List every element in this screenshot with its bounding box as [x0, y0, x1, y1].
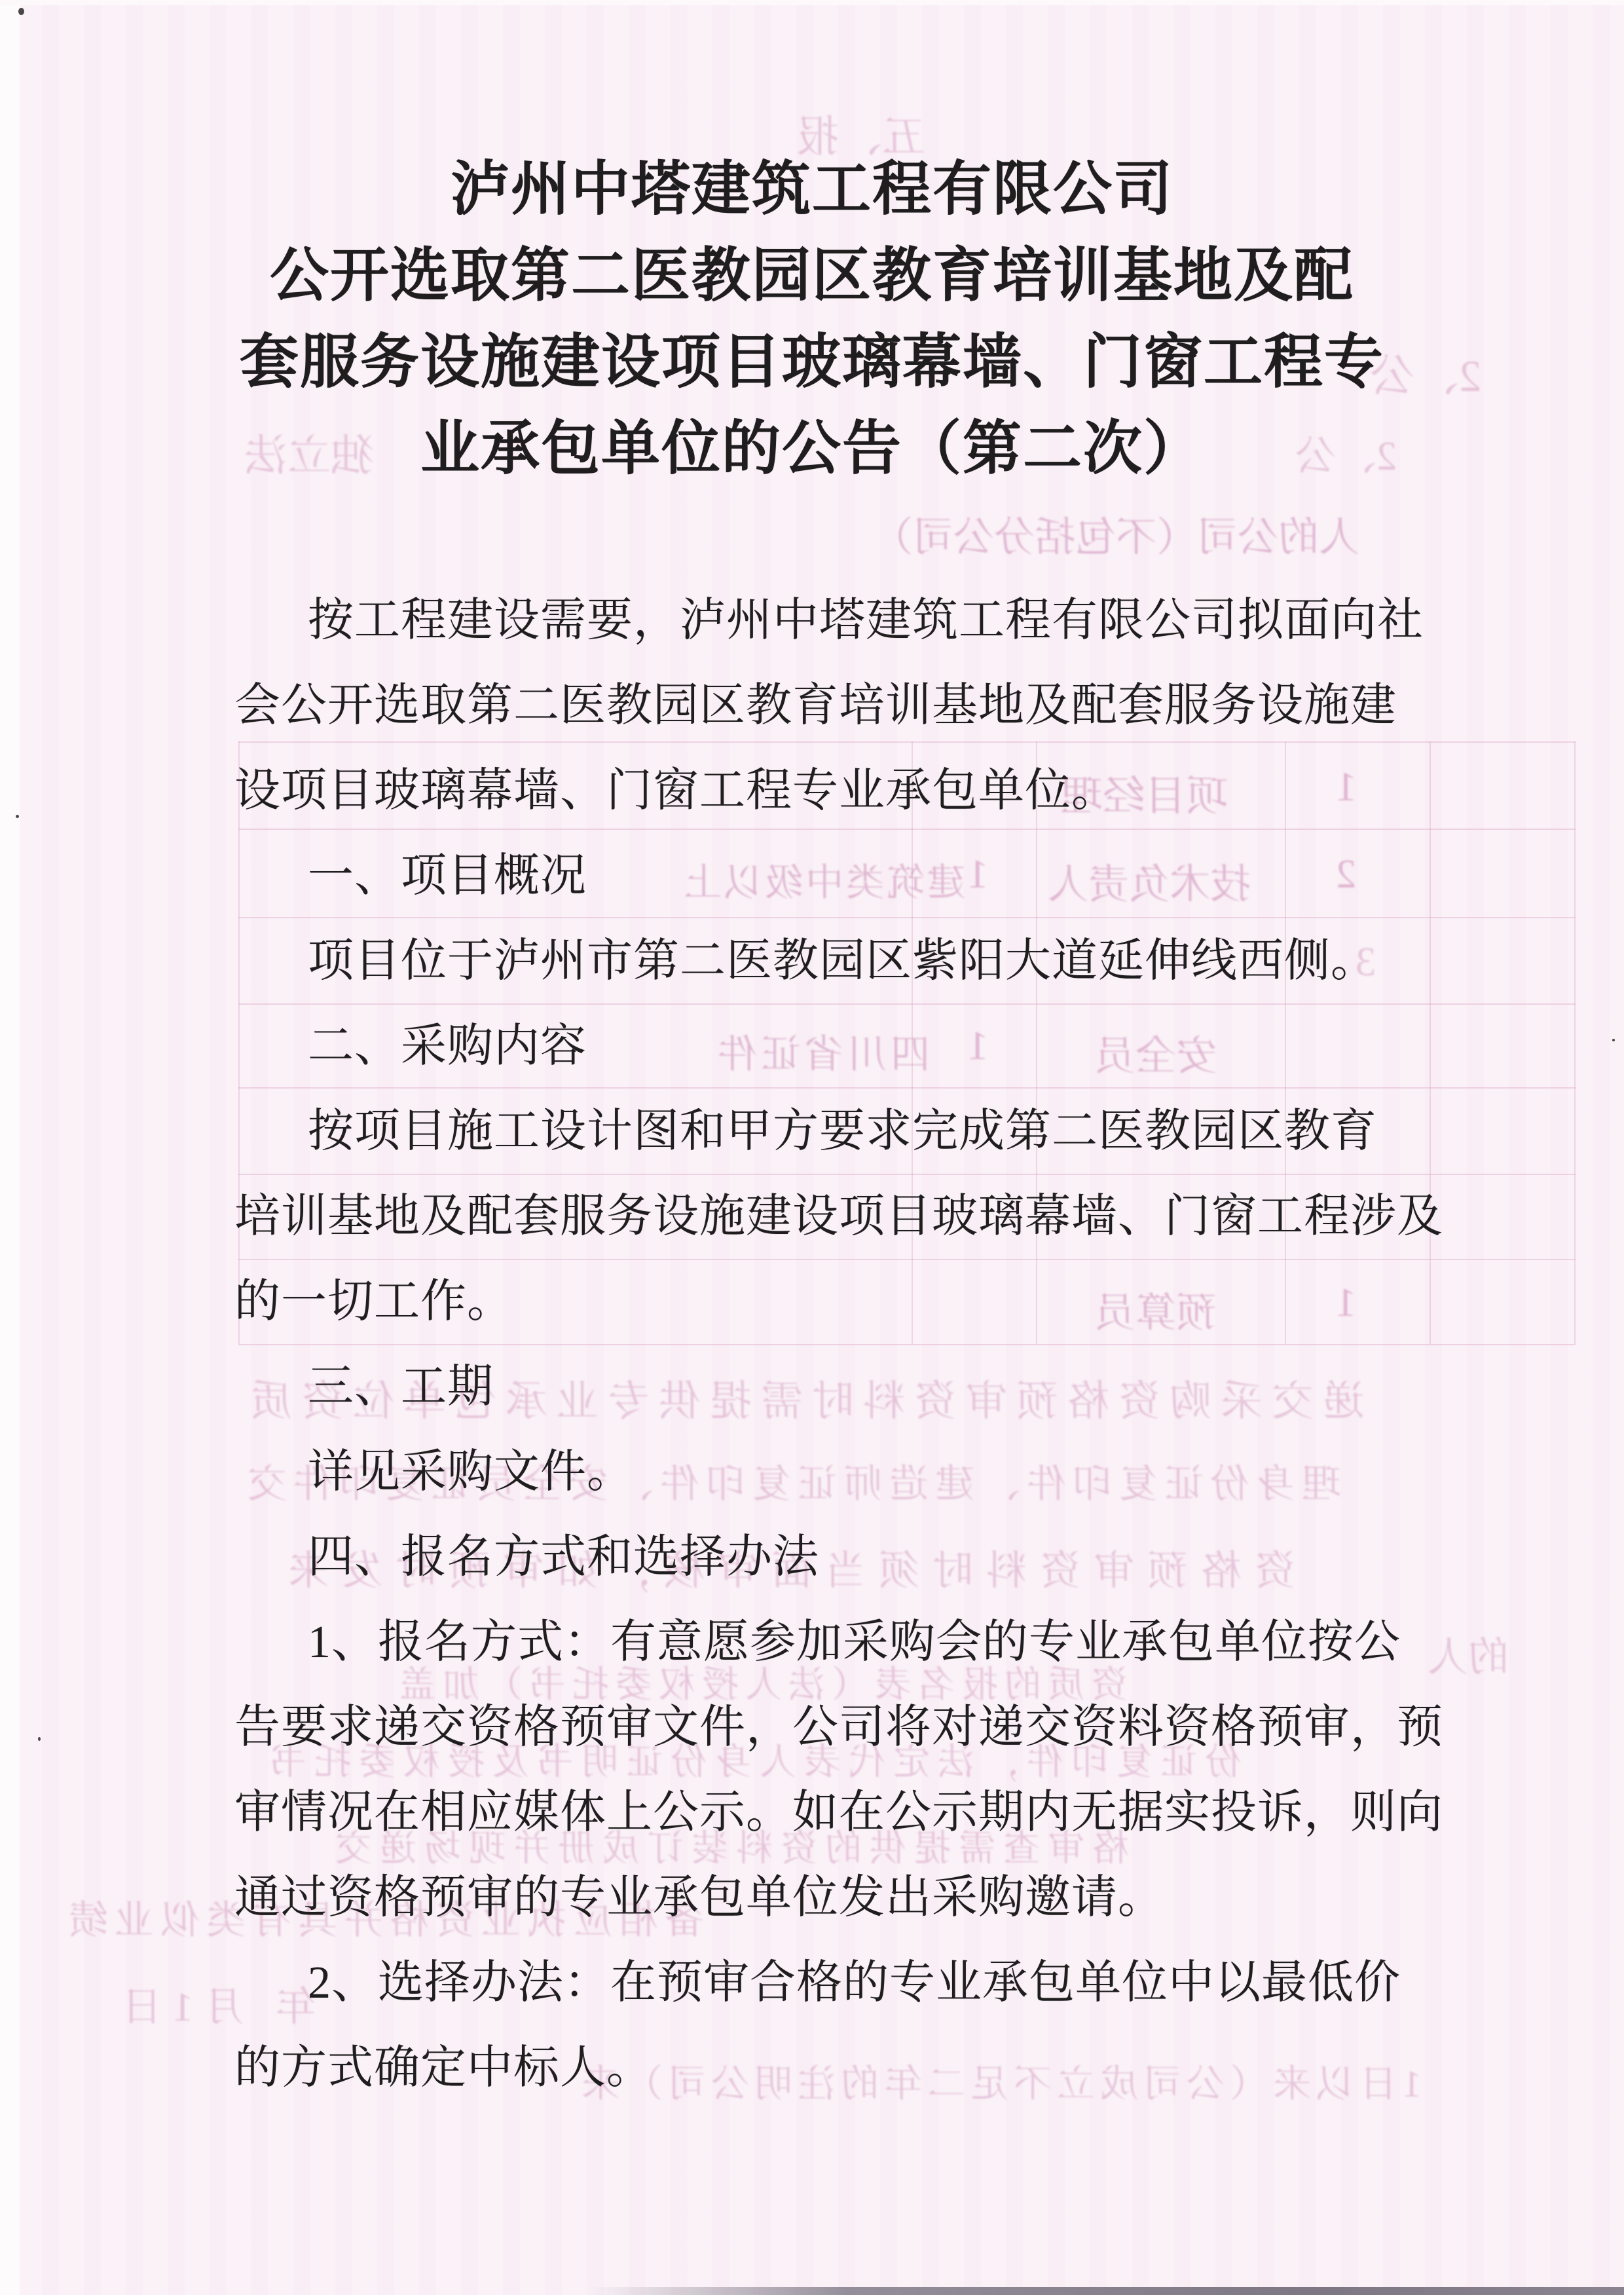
title-line: 业承包单位的公告（第二次） — [0, 406, 1624, 493]
section-heading-3: 三、工期 — [234, 1345, 1387, 1430]
body-line: 2、选择办法：在预审合格的专业承包单位中以最低价 — [234, 1941, 1387, 2026]
body-line: 的一切工作。 — [234, 1259, 1387, 1345]
bleed-fragment: 的人 — [1428, 1624, 1509, 1683]
body-line: 设项目玻璃幕墙、门窗工程专业承包单位。 — [234, 749, 1387, 834]
body-line: 的方式确定中标人。 — [234, 2026, 1387, 2111]
scan-speck — [1612, 1039, 1615, 1041]
scan-edge-left — [0, 0, 20, 2295]
body-line: 按项目施工设计图和甲方要求完成第二医教园区教育 — [234, 1089, 1387, 1174]
scan-speck — [16, 815, 19, 818]
bleed-table-rule — [1574, 741, 1576, 1344]
body-line: 会公开选取第二医教园区教育培训基地及配套服务设施建 — [234, 663, 1387, 749]
body-line: 详见采购文件。 — [234, 1430, 1387, 1515]
announcement-body: 按工程建设需要，泸州中塔建筑工程有限公司拟面向社 会公开选取第二医教园区教育培训… — [234, 578, 1387, 2111]
body-line: 按工程建设需要，泸州中塔建筑工程有限公司拟面向社 — [234, 578, 1387, 663]
body-line: 通过资格预审的专业承包单位发出采购邀请。 — [234, 1856, 1387, 1941]
scan-speck — [18, 8, 24, 15]
bleed-table-rule — [1430, 741, 1431, 1344]
announcement-title: 泸州中塔建筑工程有限公司 公开选取第二医教园区教育培训基地及配 套服务设施建设项… — [0, 147, 1624, 493]
body-line: 审情况在相应媒体上公示。如在公示期内无据实投诉，则向 — [234, 1770, 1387, 1856]
scan-edge-top — [0, 0, 1624, 5]
scanned-announcement-page: 项目经理 1 建筑类中级以上 1 技术负责人 2 3 四川省证件 1 安全员 预… — [0, 0, 1624, 2295]
body-line: 告要求递交资格预审文件，公司将对递交资料资格预审，预 — [234, 1685, 1387, 1770]
bleed-fragment: 人的公司（不包括分公司） — [872, 504, 1359, 563]
scan-band-bottom — [589, 2287, 1624, 2295]
scan-speck — [38, 1737, 41, 1741]
section-heading-1: 一、项目概况 — [234, 834, 1387, 919]
title-line: 公开选取第二医教园区教育培训基地及配 — [0, 233, 1624, 320]
body-line: 1、报名方式：有意愿参加采购会的专业承包单位按公 — [234, 1600, 1387, 1685]
title-line: 套服务设施建设项目玻璃幕墙、门窗工程专 — [0, 320, 1624, 406]
body-line: 培训基地及配套服务设施建设项目玻璃幕墙、门窗工程涉及 — [234, 1174, 1387, 1259]
section-heading-2: 二、采购内容 — [234, 1004, 1387, 1089]
title-line: 泸州中塔建筑工程有限公司 — [0, 147, 1624, 233]
section-heading-4: 四、报名方式和选择办法 — [234, 1515, 1387, 1600]
body-line: 项目位于泸州市第二医教园区紫阳大道延伸线西侧。 — [234, 919, 1387, 1004]
